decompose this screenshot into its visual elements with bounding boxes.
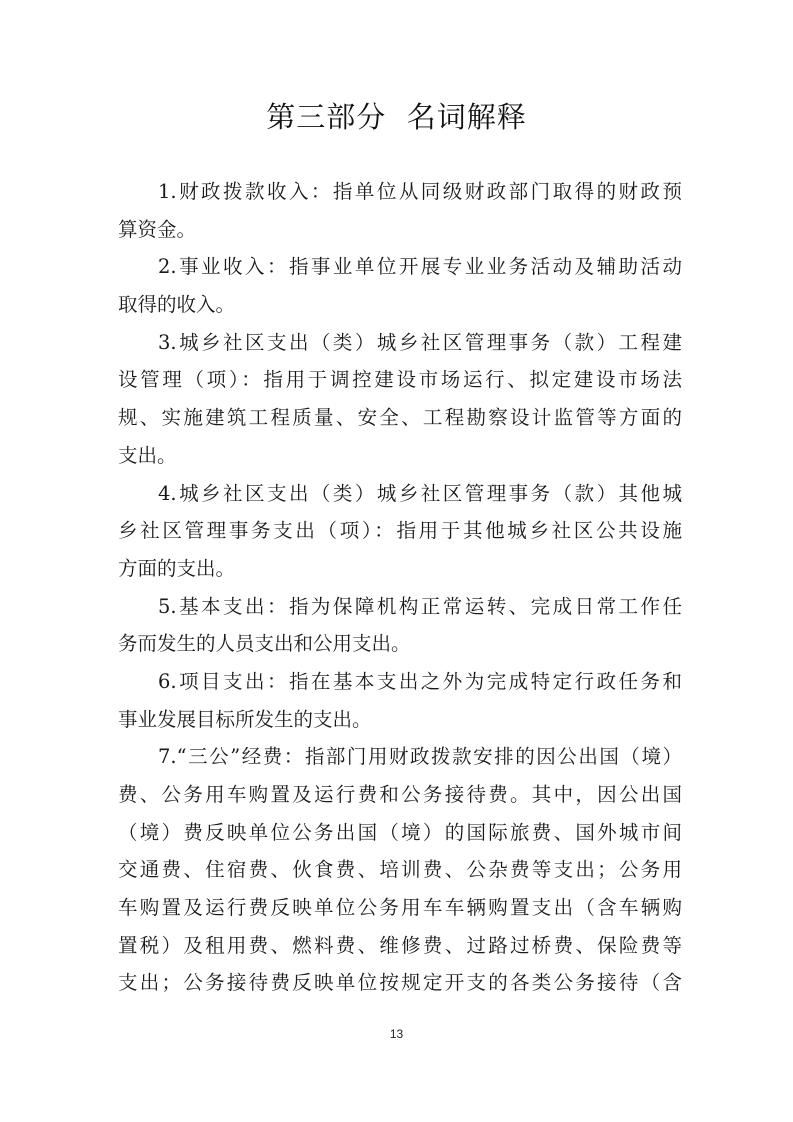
paragraph-line: 7.“三公”经费：指部门用财政拨款安排的因公出国（境） [118,738,682,776]
paragraph-5: 5.基本支出：指为保障机构正常运转、完成日常工作任 务而发生的人员支出和公用支出… [118,588,682,663]
page-number: 13 [0,1027,793,1041]
document-page: 第三部分 名词解释 1.财政拨款收入：指单位从同级财政部门取得的财政预 算资金。… [0,0,793,1122]
paragraph-line: 支出；公务接待费反映单位按规定开支的各类公务接待（含 [118,964,682,1002]
paragraph-line: 务而发生的人员支出和公用支出。 [118,625,682,663]
paragraph-line: 4.城乡社区支出（类）城乡社区管理事务（款）其他城 [118,475,682,513]
paragraph-line: 规、实施建筑工程质量、安全、工程勘察设计监管等方面的 [118,399,682,437]
paragraph-line: 费、公务用车购置及运行费和公务接待费。其中，因公出国 [118,776,682,814]
paragraph-6: 6.项目支出：指在基本支出之外为完成特定行政任务和 事业发展目标所发生的支出。 [118,663,682,738]
paragraph-7: 7.“三公”经费：指部门用财政拨款安排的因公出国（境） 费、公务用车购置及运行费… [118,738,682,1002]
paragraph-line: 乡社区管理事务支出（项）：指用于其他城乡社区公共设施 [118,512,682,550]
paragraph-line: 5.基本支出：指为保障机构正常运转、完成日常工作任 [118,588,682,626]
paragraph-4: 4.城乡社区支出（类）城乡社区管理事务（款）其他城 乡社区管理事务支出（项）：指… [118,475,682,588]
paragraph-line: （境）费反映单位公务出国（境）的国际旅费、国外城市间 [118,814,682,852]
paragraph-line: 置税）及租用费、燃料费、维修费、过路过桥费、保险费等 [118,927,682,965]
page-title: 第三部分 名词解释 [0,97,793,137]
paragraph-2: 2.事业收入：指事业单位开展专业业务活动及辅助活动 取得的收入。 [118,248,682,323]
paragraph-line: 交通费、住宿费、伙食费、培训费、公杂费等支出；公务用 [118,851,682,889]
paragraph-line: 1.财政拨款收入：指单位从同级财政部门取得的财政预 [118,173,682,211]
paragraph-line: 支出。 [118,437,682,475]
paragraph-line: 3.城乡社区支出（类）城乡社区管理事务（款）工程建 [118,324,682,362]
paragraph-line: 事业发展目标所发生的支出。 [118,701,682,739]
paragraph-1: 1.财政拨款收入：指单位从同级财政部门取得的财政预 算资金。 [118,173,682,248]
paragraph-line: 设管理（项）：指用于调控建设市场运行、拟定建设市场法 [118,361,682,399]
paragraph-line: 算资金。 [118,211,682,249]
paragraph-line: 车购置及运行费反映单位公务用车车辆购置支出（含车辆购 [118,889,682,927]
paragraph-3: 3.城乡社区支出（类）城乡社区管理事务（款）工程建 设管理（项）：指用于调控建设… [118,324,682,475]
paragraph-line: 取得的收入。 [118,286,682,324]
paragraph-line: 方面的支出。 [118,550,682,588]
document-body: 1.财政拨款收入：指单位从同级财政部门取得的财政预 算资金。 2.事业收入：指事… [118,173,682,1002]
paragraph-line: 2.事业收入：指事业单位开展专业业务活动及辅助活动 [118,248,682,286]
paragraph-line: 6.项目支出：指在基本支出之外为完成特定行政任务和 [118,663,682,701]
